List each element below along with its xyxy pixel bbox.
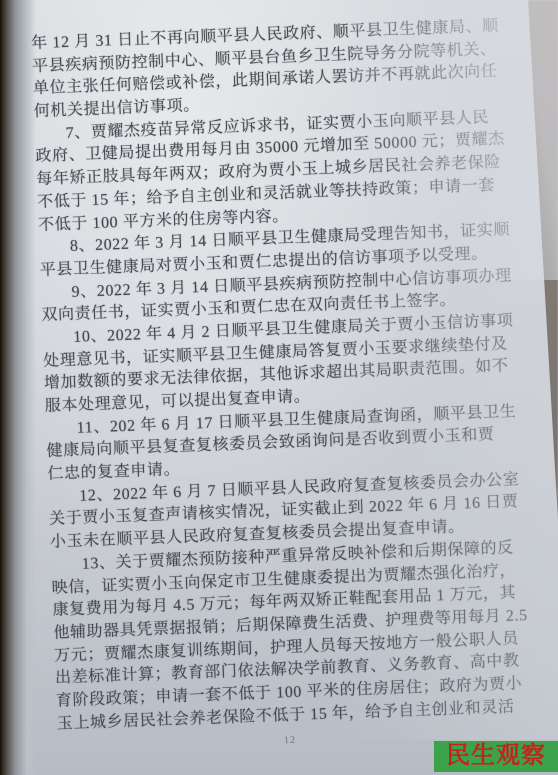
page-spine-shadow [0,0,36,775]
document-photo: 年 12 月 31 日止不再向顺平县人民政府、顺平县卫生健康局、顺 平县疾病预防… [0,0,558,775]
document-text-block: 年 12 月 31 日止不再向顺平县人民政府、顺平县卫生健康局、顺 平县疾病预防… [31,14,558,736]
watermark-stamp: 民生观察 [434,741,558,772]
page-number: 12 [284,735,296,746]
